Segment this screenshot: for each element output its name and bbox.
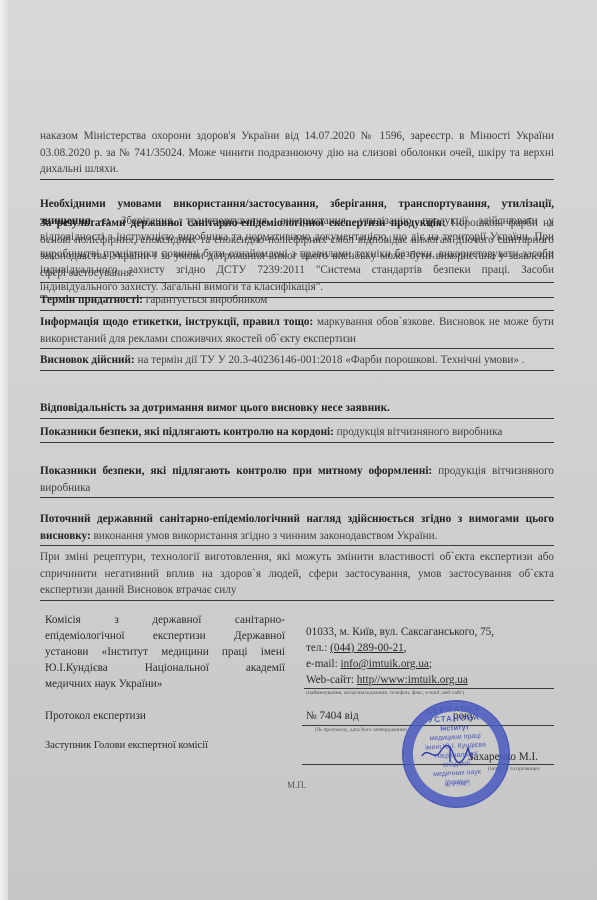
customs-control-section: Показники безпеки, які підлягають контро… [40, 463, 554, 498]
hazard-text: наказом Міністерства охорони здоров'я Ук… [40, 130, 554, 175]
protocol-caption: (№ протоколу, дата його затвердження) [315, 727, 407, 733]
responsibility-label: Відповідальність за дотримання вимог цьо… [40, 402, 390, 414]
border-control-label: Показники безпеки, які підлягають контро… [40, 426, 334, 438]
shelf-life-value: гарантується виробником [143, 294, 267, 306]
email-link[interactable]: info@imtuik.org.ua [340, 658, 428, 670]
supervision-section: Поточний державний санітарно-епідеміолог… [40, 511, 554, 546]
seal-place-mark: М.П. [287, 780, 306, 790]
stamp-ring-text: ДЕРЖАВНА УСТАНОВА [402, 702, 507, 725]
shelf-life-label: Термін придатності: [40, 294, 143, 306]
commission-line: установи «Інститут медицини праці імені [45, 644, 285, 660]
border-control-section: Показники безпеки, які підлягають контро… [40, 424, 554, 443]
web-label: Web-сайт: [306, 674, 357, 686]
shelf-life-section: Термін придатності: гарантується виробни… [40, 292, 554, 311]
phone-label: тел.: [306, 642, 330, 654]
responsibility-section: Відповідальність за дотримання вимог цьо… [40, 400, 554, 419]
stamp-code: № 7704... [406, 779, 510, 790]
web-link[interactable]: http//www:imtuik.org.ua [357, 674, 468, 686]
invalidation-text: При зміні рецептури, технології виготовл… [40, 551, 554, 596]
signatory-title: Заступник Голови експертної комісії [45, 740, 208, 751]
expertise-result-section: За результатами державної санітарно-епід… [40, 215, 554, 283]
commission-name: Комісія з державної санітарно- епідеміол… [45, 612, 285, 692]
commission-line: Ю.І.Кундієва Національної академії [45, 660, 285, 676]
commission-line: Комісія з державної санітарно- [45, 612, 285, 628]
street-address: 01033, м. Київ, вул. Саксаганського, 75, [306, 624, 554, 640]
email-label: e-mail: [306, 658, 340, 670]
protocol-label: Протокол експертизи [45, 710, 146, 722]
phone-link[interactable]: (044) 289-00-21 [330, 642, 404, 654]
phone-row: тел.: (044) 289-00-21, [306, 640, 554, 656]
label-info-label: Інформація щодо етикетки, інструкції, пр… [40, 316, 313, 328]
validity-section: Висновок дійсний: на термін дії ТУ У 20.… [40, 352, 554, 371]
supervision-value: виконання умов використання згідно з чин… [91, 530, 438, 542]
phone-suffix: , [404, 642, 407, 654]
email-suffix: ; [429, 658, 432, 670]
page-edge [0, 0, 8, 900]
validity-label: Висновок дійсний: [40, 354, 135, 366]
validity-value: на термін дії ТУ У 20.3-40236146-001:201… [135, 354, 525, 366]
web-row: Web-сайт: http//www:imtuik.org.ua [306, 672, 554, 688]
label-info-section: Інформація щодо етикетки, інструкції, пр… [40, 314, 554, 349]
commission-address: 01033, м. Київ, вул. Саксаганського, 75,… [306, 624, 554, 688]
border-control-value: продукція вітчизняного виробника [334, 426, 503, 438]
address-underline [304, 688, 554, 689]
customs-control-label: Показники безпеки, які підлягають контро… [40, 465, 432, 477]
expertise-result-label: За результатами державної санітарно-епід… [40, 217, 446, 229]
address-caption: (найменування, місцезнаходження, телефон… [306, 690, 464, 696]
protocol-number: № 7404 від [306, 710, 359, 722]
commission-line: медичних наук України» [45, 676, 285, 692]
email-row: e-mail: info@imtuik.org.ua; [306, 656, 554, 672]
commission-line: епідеміологічної експертизи Державної [45, 628, 285, 644]
hazard-continuation: наказом Міністерства охорони здоров'я Ук… [40, 128, 554, 180]
invalidation-note: При зміні рецептури, технології виготовл… [40, 549, 554, 601]
signature-icon [420, 742, 480, 764]
